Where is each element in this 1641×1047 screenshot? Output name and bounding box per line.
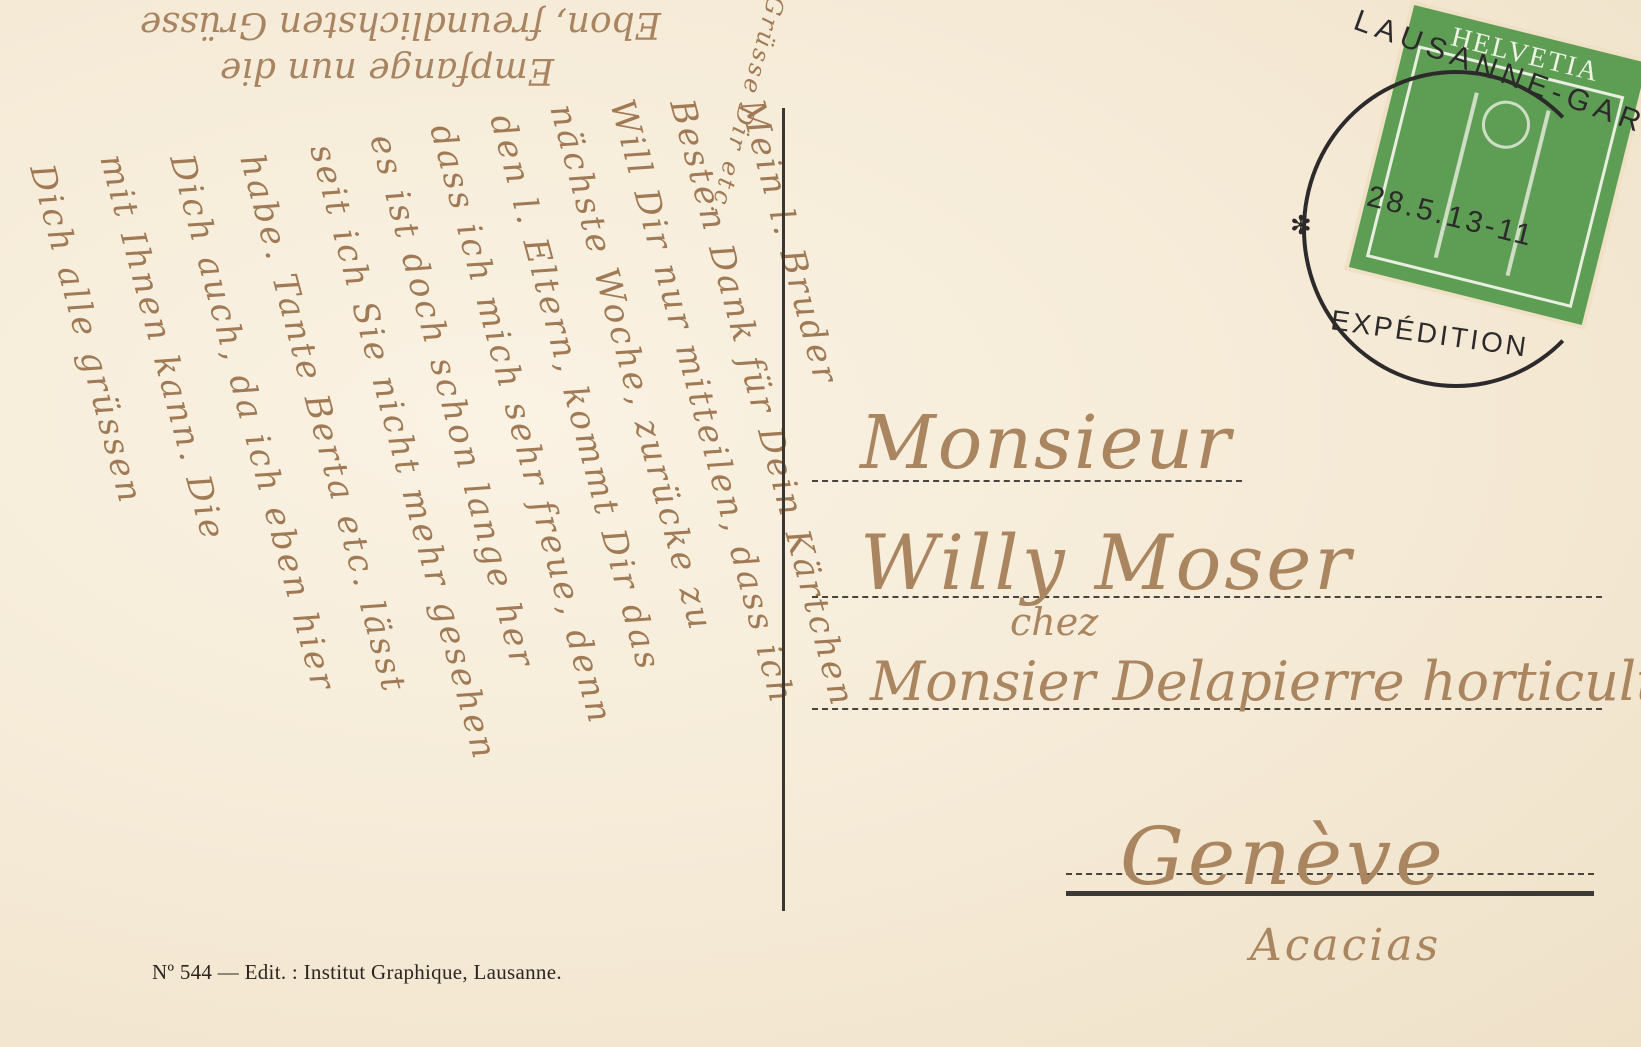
address-care-of: chez xyxy=(1010,600,1098,644)
address-district: Acacias xyxy=(1250,920,1441,971)
postmark-star-icon: ✻ xyxy=(1290,210,1312,241)
message-upside-line: Empfange nun die xyxy=(220,50,554,91)
center-divider xyxy=(782,108,785,911)
address-city: Genève xyxy=(1120,810,1447,903)
address-name: Willy Moser xyxy=(860,518,1354,607)
publisher-imprint: Nº 544 — Edit. : Institut Graphique, Lau… xyxy=(152,960,562,985)
message-upside-line: Ebon, freundlichsten Grüsse xyxy=(140,4,661,45)
address-salutation: Monsieur xyxy=(860,400,1232,486)
address-recipient: Monsier Delapierre horticulteur xyxy=(870,650,1641,713)
postcard-back: Ebon, freundlichsten Grüsse Empfange nun… xyxy=(0,0,1641,1047)
